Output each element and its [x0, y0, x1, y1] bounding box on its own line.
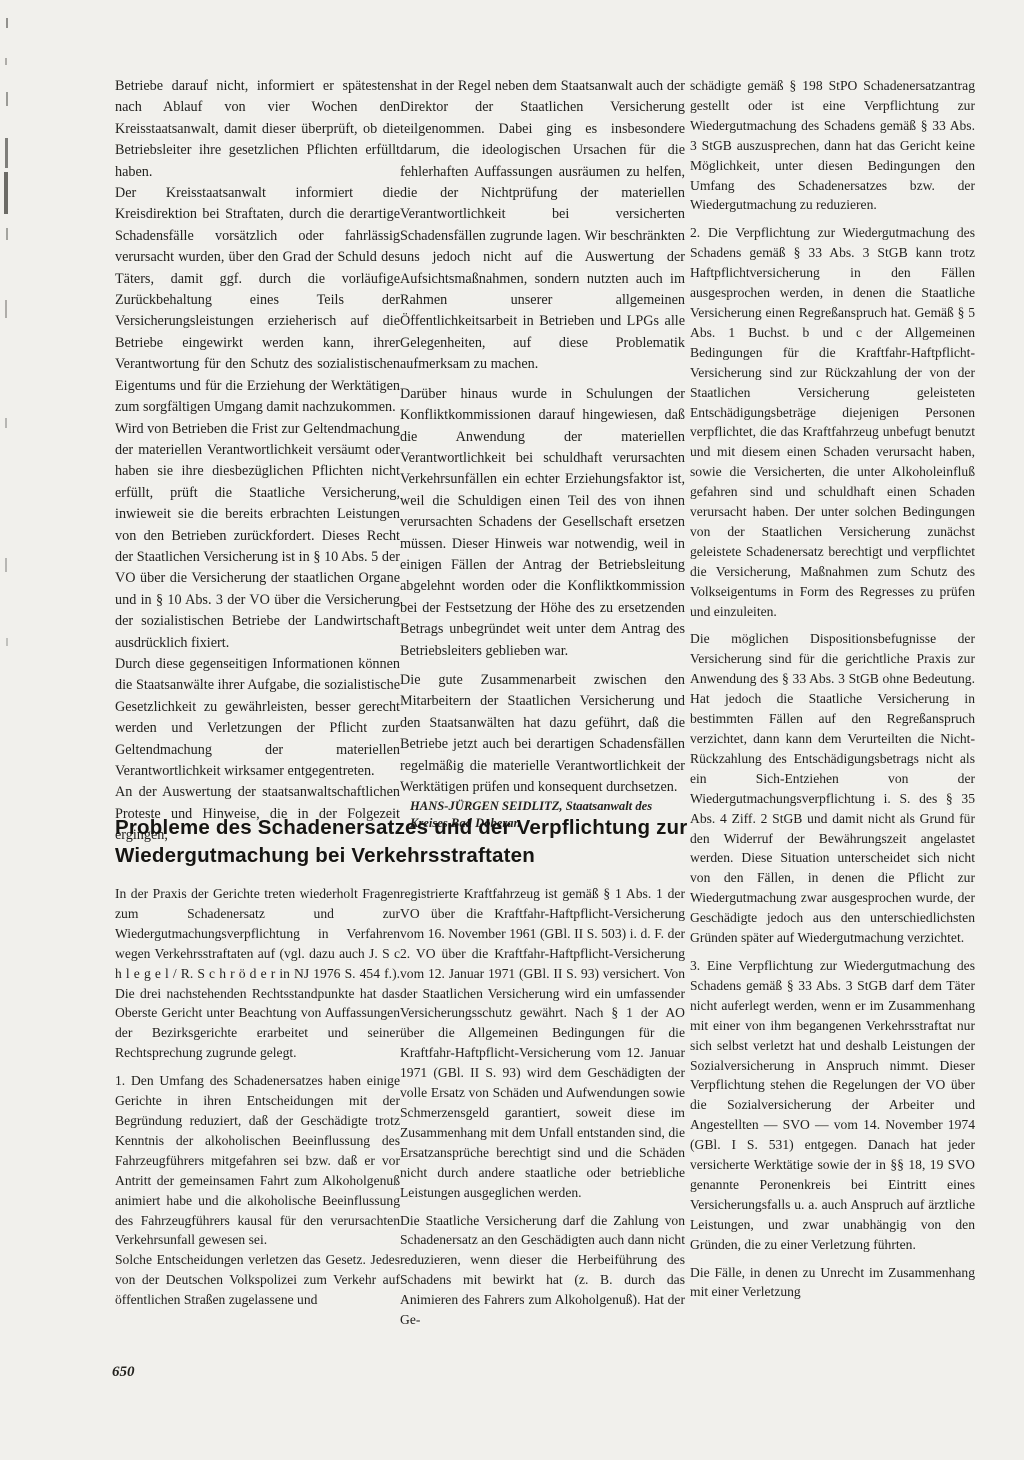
- article-top-column-2: hat in der Regel neben dem Staatsanwalt …: [400, 76, 685, 832]
- paragraph: Die Staatliche Versicherung darf die Zah…: [400, 1211, 685, 1330]
- paragraph: schädigte gemäß § 198 StPO Schadenersatz…: [690, 76, 975, 215]
- scan-artifact: [5, 300, 7, 318]
- page-number: 650: [112, 1364, 135, 1381]
- scan-artifact: [6, 638, 8, 646]
- paragraph: Die möglichen Dispositionsbefugnisse der…: [690, 629, 975, 948]
- paragraph: Die Fälle, in denen zu Unrecht im Zusamm…: [690, 1263, 975, 1303]
- paragraph: 2. Die Verpflichtung zur Wiedergutmachun…: [690, 223, 975, 621]
- scan-artifact: [6, 18, 8, 28]
- scan-artifact: [6, 228, 8, 240]
- scan-artifact: [5, 58, 7, 65]
- paragraph: Die gute Zusammenarbeit zwischen den Mit…: [400, 670, 685, 798]
- paragraph: 3. Eine Verpflichtung zur Wiedergutmachu…: [690, 956, 975, 1255]
- paragraph: Der Kreisstaatsanwalt informiert die Kre…: [115, 183, 400, 418]
- paragraph: In der Praxis der Gerichte treten wieder…: [115, 884, 400, 1063]
- scan-artifact: [6, 92, 8, 106]
- paragraph: Darüber hinaus wurde in Schulungen der K…: [400, 384, 685, 662]
- scan-artifact: [5, 418, 7, 428]
- scan-artifact: [4, 172, 8, 214]
- article-main-column-2: registrierte Kraftfahrzeug ist gemäß § 1…: [400, 884, 685, 1330]
- article-top-column-1: Betriebe darauf nicht, informiert er spä…: [115, 76, 400, 847]
- paragraph: Durch diese gegenseitigen Informationen …: [115, 654, 400, 782]
- paragraph: 1. Den Umfang des Schadenersatzes haben …: [115, 1071, 400, 1250]
- scan-artifact: [5, 138, 8, 168]
- paragraph: Solche Entscheidungen verletzen das Gese…: [115, 1250, 400, 1310]
- article-main-column-3: schädigte gemäß § 198 StPO Schadenersatz…: [690, 76, 975, 1302]
- scanned-journal-page: Betriebe darauf nicht, informiert er spä…: [0, 0, 1024, 1460]
- article-title: Probleme des Schadenersatzes und der Ver…: [115, 814, 693, 869]
- article-main-column-1: In der Praxis der Gerichte treten wieder…: [115, 884, 400, 1310]
- paragraph: Betriebe darauf nicht, informiert er spä…: [115, 76, 400, 183]
- scan-artifact: [5, 558, 7, 572]
- paragraph: registrierte Kraftfahrzeug ist gemäß § 1…: [400, 884, 685, 1203]
- paragraph: Wird von Betrieben die Frist zur Geltend…: [115, 419, 400, 654]
- paragraph: hat in der Regel neben dem Staatsanwalt …: [400, 76, 685, 376]
